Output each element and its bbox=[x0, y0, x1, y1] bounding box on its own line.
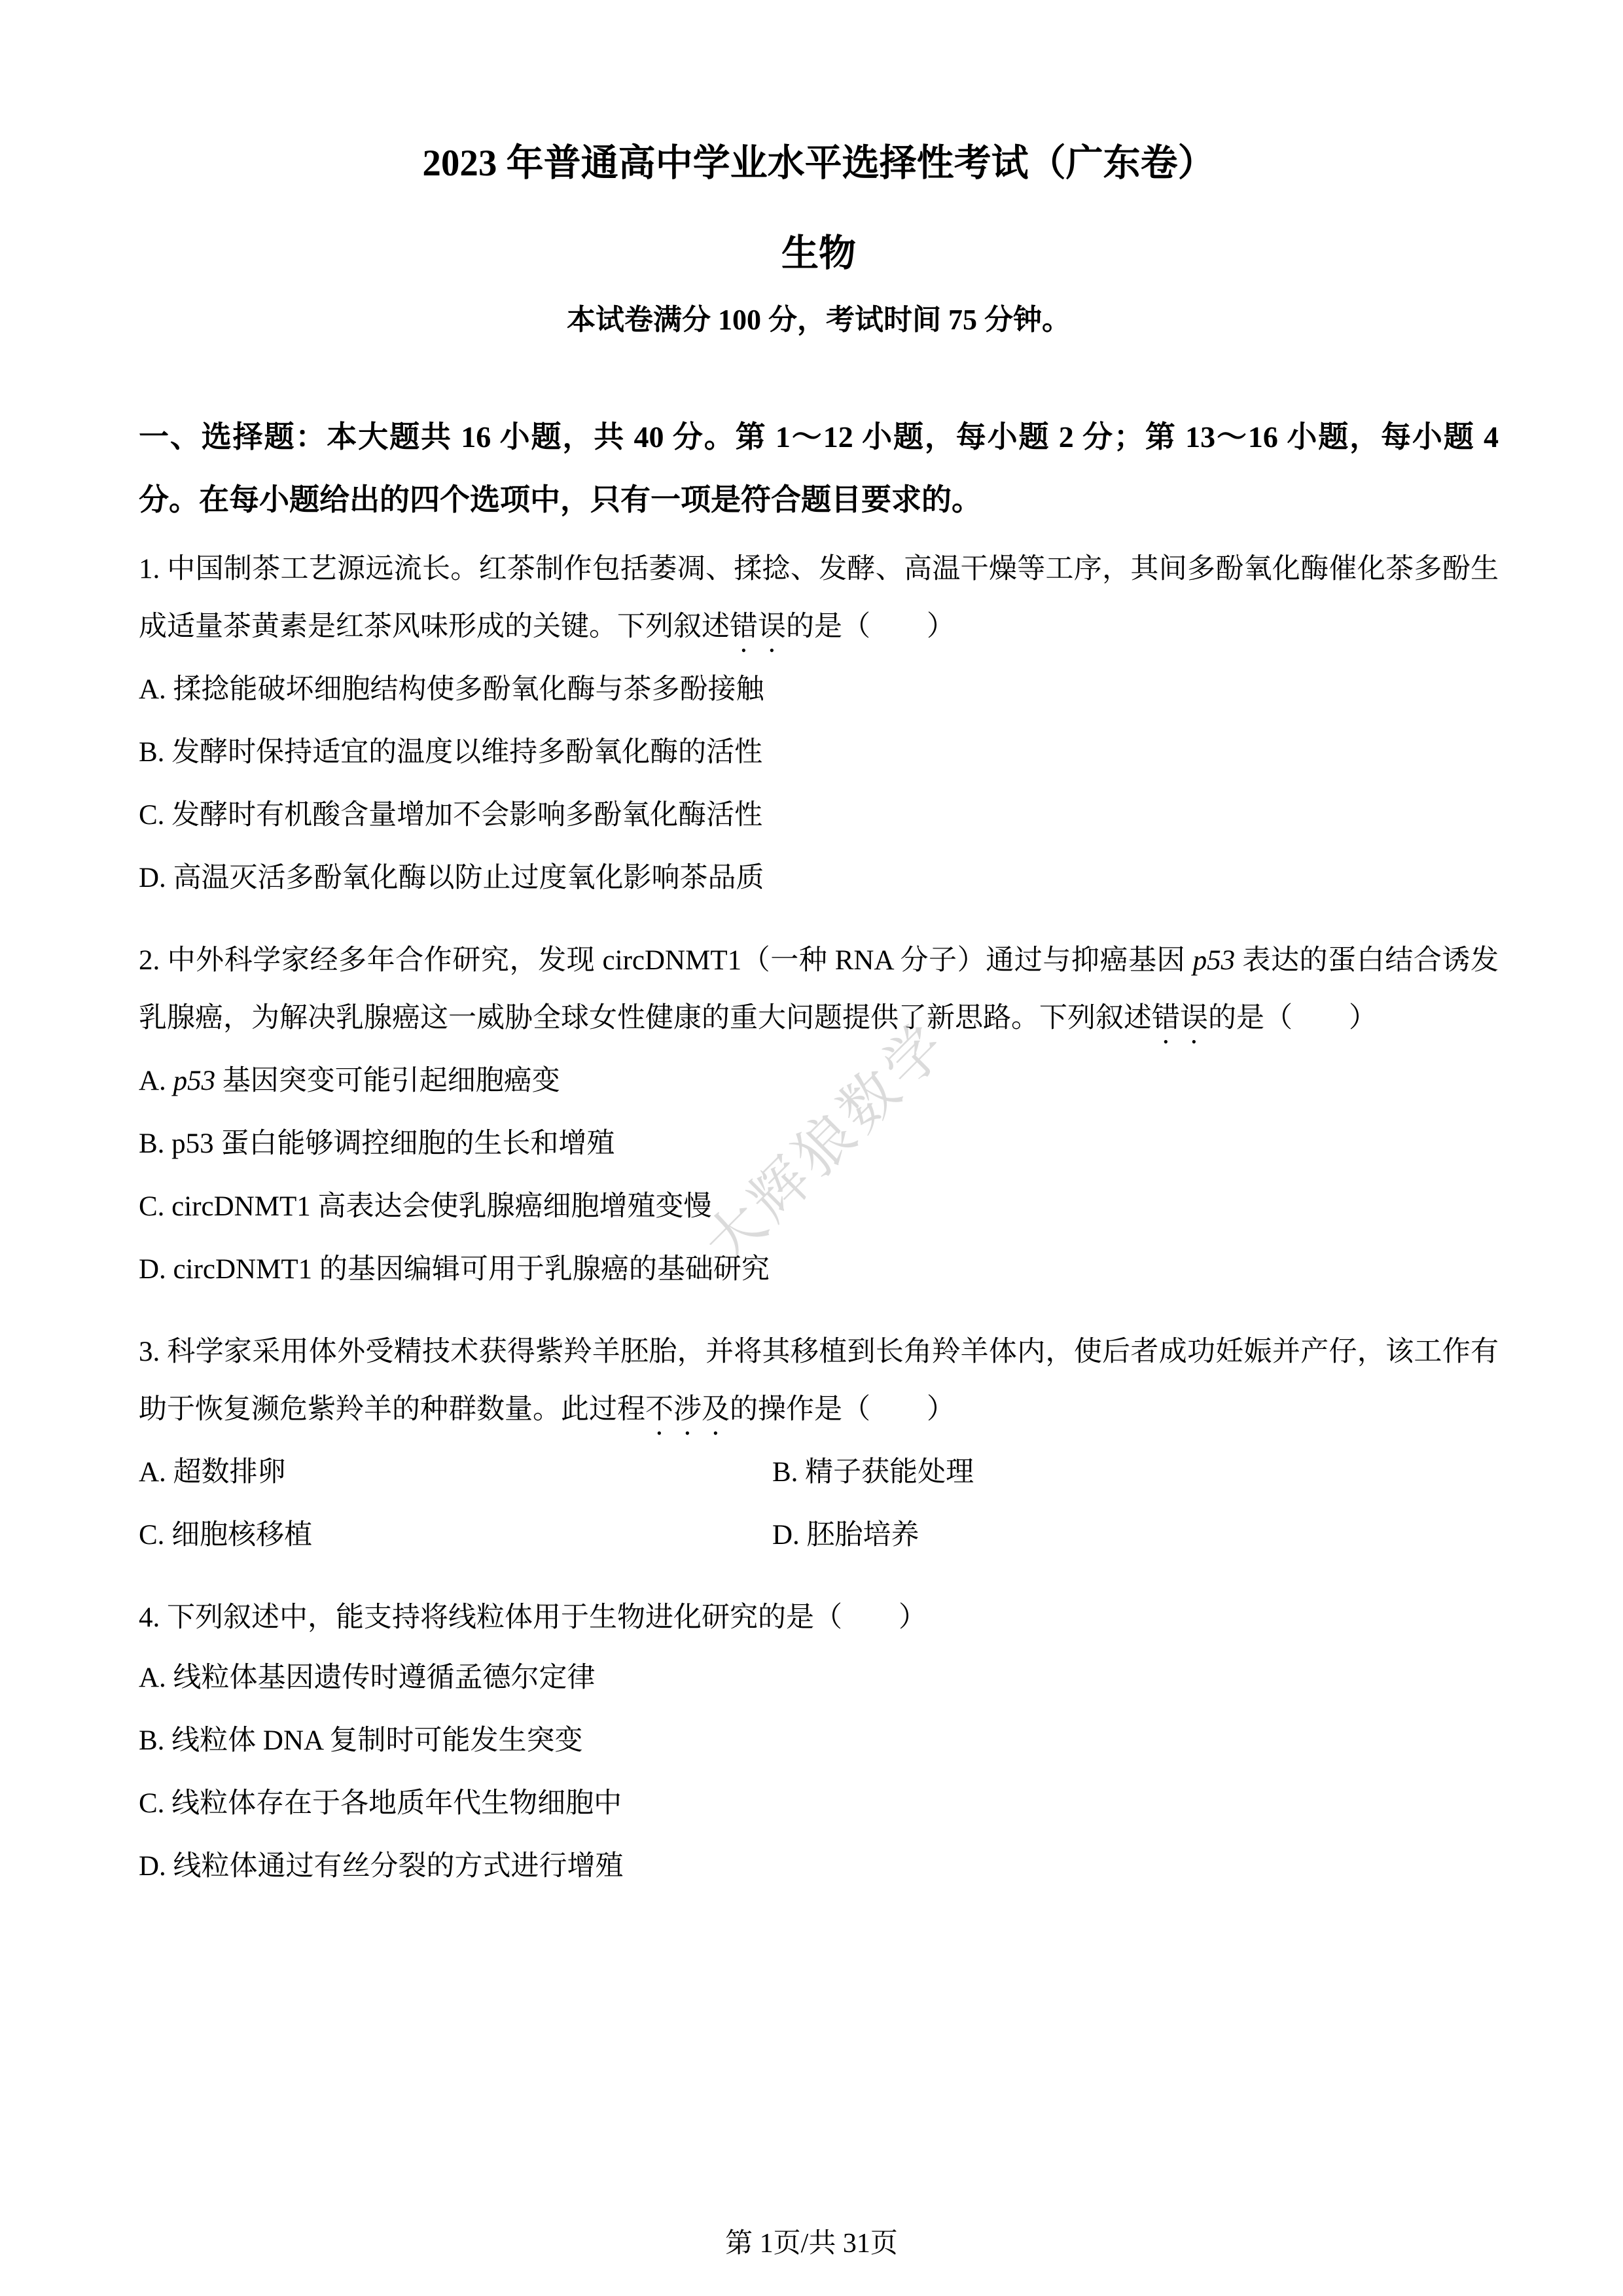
question-1-option-b: B. 发酵时保持适宜的温度以维持多酚氧化酶的活性 bbox=[139, 721, 1499, 784]
question-4-option-d: D. 线粒体通过有丝分裂的方式进行增殖 bbox=[139, 1835, 1499, 1898]
question-3-option-b: B. 精子获能处理 bbox=[772, 1441, 1499, 1504]
page-number-footer: 第 1页/共 31页 bbox=[0, 2223, 1623, 2265]
question-2-option-d: D. circDNMT1 的基因编辑可用于乳腺癌的基础研究 bbox=[139, 1238, 1499, 1301]
question-1-stem: 1. 中国制茶工艺源远流长。红茶制作包括萎凋、揉捻、发酵、高温干燥等工序，其间多… bbox=[139, 541, 1499, 658]
question-2: 2. 中外科学家经多年合作研究，发现 circDNMT1（一种 RNA 分子）通… bbox=[139, 932, 1499, 1301]
question-1-emphasized-text: 错误 bbox=[730, 611, 786, 642]
question-2-stem-tail: 的是（ ） bbox=[1208, 1003, 1377, 1033]
question-1-option-a: A. 揉捻能破坏细胞结构使多酚氧化酶与茶多酚接触 bbox=[139, 658, 1499, 721]
question-2-option-a: A. p53 基因突变可能引起细胞癌变 bbox=[139, 1050, 1499, 1113]
question-3-stem-tail: 的操作是（ ） bbox=[730, 1394, 955, 1425]
question-2-option-c: C. circDNMT1 高表达会使乳腺癌细胞增殖变慢 bbox=[139, 1175, 1499, 1238]
question-2-gene-name: p53 bbox=[1193, 945, 1236, 976]
question-1: 1. 中国制茶工艺源远流长。红茶制作包括萎凋、揉捻、发酵、高温干燥等工序，其间多… bbox=[139, 541, 1499, 910]
question-1-option-d: D. 高温灭活多酚氧化酶以防止过度氧化影响茶品质 bbox=[139, 847, 1499, 910]
question-2-option-a-label: A. bbox=[139, 1066, 173, 1096]
question-4-option-b: B. 线粒体 DNA 复制时可能发生突变 bbox=[139, 1710, 1499, 1772]
exam-title: 2023 年普通高中学业水平选择性考试（广东卷） bbox=[139, 137, 1499, 190]
question-2-option-a-gene: p53 bbox=[173, 1066, 216, 1096]
section-one-heading: 一、选择题：本大题共 16 小题，共 40 分。第 1～12 小题，每小题 2 … bbox=[139, 406, 1499, 531]
exam-paper-page: 大辉狼数学 2023 年普通高中学业水平选择性考试（广东卷） 生物 本试卷满分 … bbox=[0, 0, 1623, 2296]
question-2-stem: 2. 中外科学家经多年合作研究，发现 circDNMT1（一种 RNA 分子）通… bbox=[139, 932, 1499, 1050]
question-2-option-b: B. p53 蛋白能够调控细胞的生长和增殖 bbox=[139, 1113, 1499, 1175]
question-4: 4. 下列叙述中，能支持将线粒体用于生物进化研究的是（ ） A. 线粒体基因遗传… bbox=[139, 1589, 1499, 1898]
question-4-option-a: A. 线粒体基因遗传时遵循孟德尔定律 bbox=[139, 1647, 1499, 1710]
question-1-stem-tail: 的是（ ） bbox=[786, 611, 955, 642]
question-2-emphasized-text: 错误 bbox=[1152, 1003, 1208, 1033]
question-3-option-d: D. 胚胎培养 bbox=[772, 1504, 1499, 1567]
exam-info-line: 本试卷满分 100 分，考试时间 75 分钟。 bbox=[139, 300, 1499, 340]
question-3-option-c: C. 细胞核移植 bbox=[139, 1504, 772, 1567]
question-3-options: A. 超数排卵 B. 精子获能处理 C. 细胞核移植 D. 胚胎培养 bbox=[139, 1441, 1499, 1567]
question-1-option-c: C. 发酵时有机酸含量增加不会影响多酚氧化酶活性 bbox=[139, 784, 1499, 847]
question-2-option-a-text: 基因突变可能引起细胞癌变 bbox=[215, 1066, 560, 1096]
question-3-option-a: A. 超数排卵 bbox=[139, 1441, 772, 1504]
question-4-option-c: C. 线粒体存在于各地质年代生物细胞中 bbox=[139, 1772, 1499, 1835]
question-4-stem: 4. 下列叙述中，能支持将线粒体用于生物进化研究的是（ ） bbox=[139, 1589, 1499, 1647]
exam-subject: 生物 bbox=[139, 228, 1499, 280]
question-3: 3. 科学家采用体外受精技术获得紫羚羊胚胎，并将其移植到长角羚羊体内，使后者成功… bbox=[139, 1323, 1499, 1567]
question-2-stem-text: 2. 中外科学家经多年合作研究，发现 circDNMT1（一种 RNA 分子）通… bbox=[139, 945, 1193, 976]
question-3-stem: 3. 科学家采用体外受精技术获得紫羚羊胚胎，并将其移植到长角羚羊体内，使后者成功… bbox=[139, 1323, 1499, 1441]
question-3-emphasized-text: 不涉及 bbox=[645, 1394, 730, 1425]
